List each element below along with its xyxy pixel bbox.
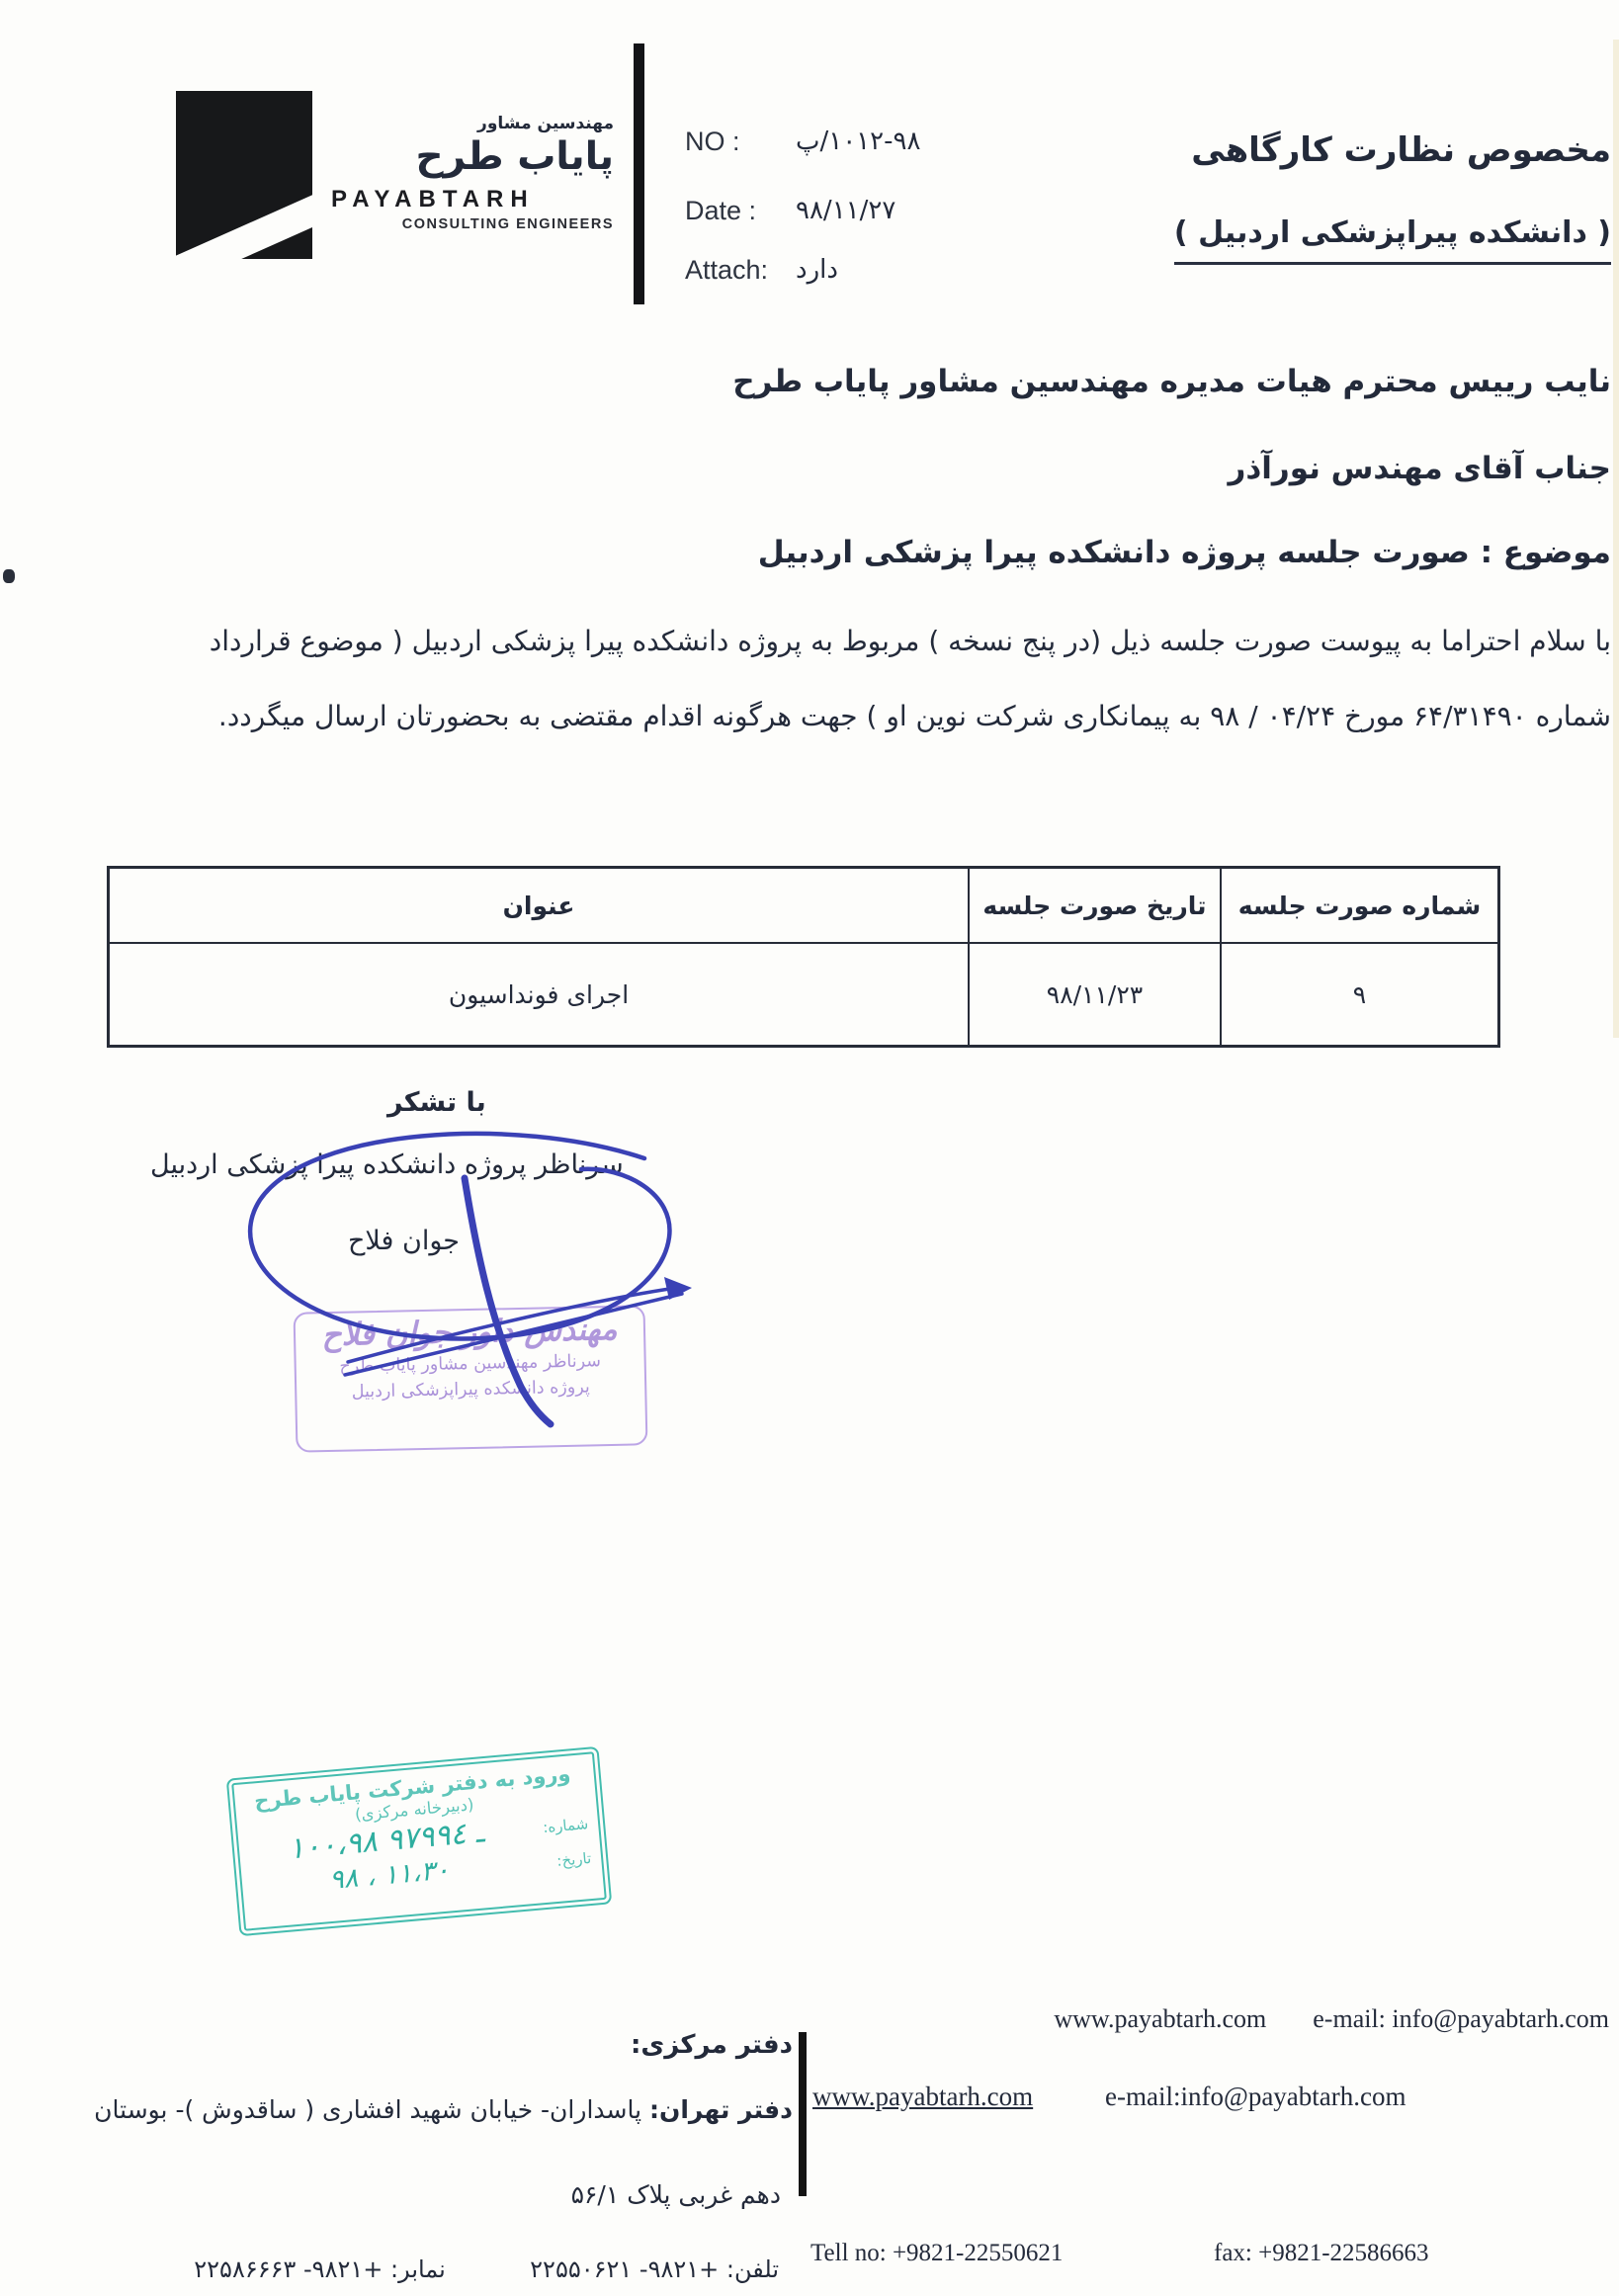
attach-value: دارد: [796, 255, 838, 286]
tehran-office-label: دفتر تهران:: [649, 2095, 793, 2124]
footer-email: e-mail:info@payabtarh.com: [1105, 2082, 1406, 2112]
cell-minutes-title: اجرای فونداسیون: [109, 943, 970, 1047]
subject-line: موضوع : صورت جلسه پروژه دانشکده پیرا پزش…: [758, 535, 1611, 570]
col-header-title: عنوان: [109, 868, 970, 944]
meta-row-date: Date : ۹۸/۱۱/۲۷: [685, 196, 952, 226]
thanks-line: با تشکر: [387, 1087, 486, 1118]
logo-fa-large: پایاب طرح: [331, 135, 614, 180]
handwritten-signature: [0, 0, 1619, 2296]
entry-stamp-number-label: شماره:: [526, 1815, 588, 1837]
minutes-table-header: شماره صورت جلسه تاریخ صورت جلسه عنوان: [109, 868, 1499, 944]
engineer-stamp: مهندس داور جوان فلاح سرناظر مهندسین مشاو…: [294, 1305, 648, 1452]
cell-minutes-date: ۹۸/۱۱/۲۳: [969, 943, 1221, 1047]
body-paragraph-line1: با سلام احتراما به پیوست صورت جلسه ذیل (…: [210, 625, 1611, 657]
letter-page: مهندسین مشاور پایاب طرح PAYABTARH CONSUL…: [0, 0, 1619, 2296]
meta-row-no: NO : ۱۰۱۲-۹۸/پ: [685, 127, 952, 157]
tehran-office-address: پاسداران- خیابان شهید افشاری ( ساقدوش )-…: [94, 2095, 641, 2124]
no-label: NO :: [685, 127, 796, 157]
footer-divider-bar: [799, 2032, 807, 2196]
entry-stamp-date-label: تاریخ:: [530, 1848, 592, 1871]
address-line2: دهم غربی پلاک ۵۶/۱: [571, 2180, 781, 2209]
attach-label: Attach:: [685, 255, 796, 286]
fax-en: fax: +9821-22586663: [1214, 2240, 1429, 2267]
body-paragraph-line2: شماره ۶۴/۳۱۴۹۰ مورخ ⁦۹۸ / ۰۴/۲۴⁩ به پیما…: [218, 700, 1611, 732]
recipient-line1: نایب رییس محترم هیات مدیره مهندسین مشاور…: [732, 364, 1611, 399]
payabtarh-logo-icon: [176, 91, 312, 259]
office-entry-stamp: ورود به دفتر شرکت پایاب طرح (دبیرخانه مر…: [231, 1751, 607, 1931]
footer-top-web: www.payabtarh.com: [1054, 2004, 1266, 2033]
table-row: ۹ ۹۸/۱۱/۲۳ اجرای فونداسیون: [109, 943, 1499, 1047]
footer-top-email: e-mail: info@payabtarh.com: [1313, 2004, 1609, 2033]
signer-role: سرناظر پروژه دانشکده پیرا پزشکی اردبیل: [150, 1149, 624, 1180]
header-title: مخصوص نظارت کارگاهی: [1191, 130, 1611, 170]
logo-en-subtitle: CONSULTING ENGINEERS: [331, 216, 614, 232]
phone-fa: تلفن: ⁦۲۲۵۵۰۶۲۱ -۹۸۲۱+⁩: [530, 2255, 779, 2283]
cell-minutes-number: ۹: [1221, 943, 1499, 1047]
signature-arrowhead: [664, 1277, 692, 1300]
logo-text-block: مهندسین مشاور پایاب طرح PAYABTARH CONSUL…: [331, 115, 614, 232]
header-row: شماره صورت جلسه تاریخ صورت جلسه عنوان: [109, 868, 1499, 944]
col-header-minutes-date: تاریخ صورت جلسه: [969, 868, 1221, 944]
central-office-label: دفتر مرکزی:: [631, 2030, 793, 2060]
signer-name: جوان فلاح: [348, 1226, 460, 1256]
tehran-office-line: دفتر تهران: پاسداران- خیابان شهید افشاری…: [94, 2095, 793, 2124]
no-value: ۱۰۱۲-۹۸/پ: [796, 127, 920, 157]
scan-edge-strip: [1613, 40, 1619, 1038]
logo-en-name: PAYABTARH: [331, 186, 614, 213]
col-header-minutes-number: شماره صورت جلسه: [1221, 868, 1499, 944]
meta-row-attach: Attach: دارد: [685, 255, 952, 286]
footer-web-link: www.payabtarh.com: [812, 2082, 1033, 2112]
phone-fax-line: تلفن: ⁦۲۲۵۵۰۶۲۱ -۹۸۲۱+⁩ نمابر: ⁦۲۲۵۸۶۶۶۳…: [194, 2255, 779, 2283]
minutes-table: شماره صورت جلسه تاریخ صورت جلسه عنوان ۹ …: [107, 866, 1500, 1048]
logo-diagonal-stripe: [176, 166, 312, 259]
header-divider-bar: [634, 43, 644, 304]
logo-fa-small: مهندسین مشاور: [331, 115, 614, 133]
fax-fa: نمابر: ⁦۲۲۵۸۶۶۶۳ -۹۸۲۱+⁩: [194, 2255, 446, 2283]
header-subtitle: ( دانشکده پیراپزشکی اردبیل ): [1174, 215, 1611, 265]
date-value: ۹۸/۱۱/۲۷: [796, 196, 895, 226]
scan-artifact-dot: [3, 569, 15, 583]
footer-top-contacts: www.payabtarh.com e-mail: info@payabtarh…: [1054, 2004, 1609, 2034]
tel-en: Tell no: +9821-22550621: [810, 2240, 1063, 2267]
date-label: Date :: [685, 196, 796, 226]
recipient-line2: جناب آقای مهندس نورآذر: [1229, 451, 1611, 486]
